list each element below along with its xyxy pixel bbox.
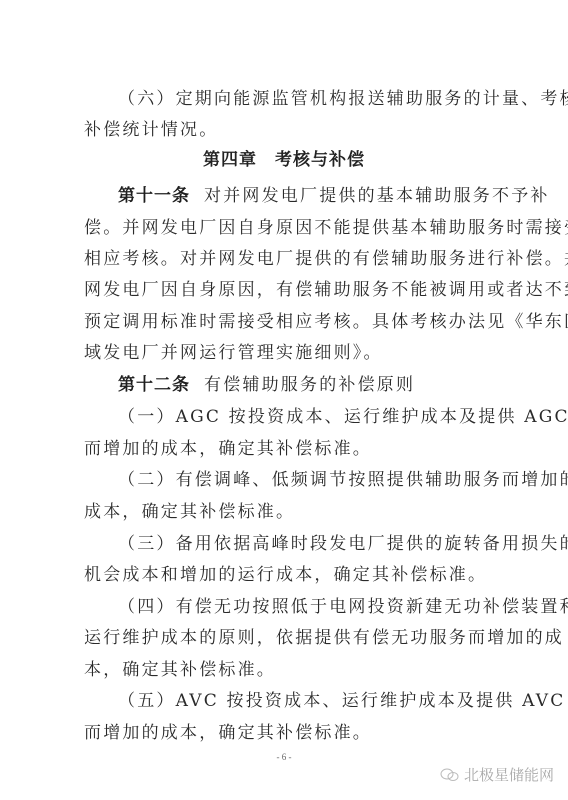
chapter-number: 第四章	[203, 150, 257, 170]
article-title: 有偿辅助服务的补偿原则	[204, 375, 415, 395]
article-label: 第十二条	[118, 375, 190, 395]
document-page: （六）定期向能源监管机构报送辅助服务的计量、考核、补偿统计情况。第四章 考核与补…	[0, 0, 568, 800]
list-item-line: 机会成本和增加的运行成本，确定其补偿标准。	[84, 564, 486, 586]
watermark: 北极星储能网	[440, 764, 554, 785]
list-item-line: （三）备用依据高峰时段发电厂提供的旋转备用损失的	[118, 533, 486, 555]
chapter-heading: 第四章 考核与补偿	[0, 145, 568, 170]
article-11-line: 网发电厂因自身原因，有偿辅助服务不能被调用或者达不到	[84, 279, 486, 301]
paragraph-line: （六）定期向能源监管机构报送辅助服务的计量、考核、	[118, 88, 486, 110]
article-11-line: 域发电厂并网运行管理实施细则》。	[84, 342, 486, 364]
list-item-line: 而增加的成本，确定其补偿标准。	[84, 438, 486, 460]
chapter-title: 考核与补偿	[275, 150, 365, 170]
list-item-line: （二）有偿调峰、低频调节按照提供辅助服务而增加的	[118, 469, 486, 491]
list-item-line: （一）AGC 按投资成本、运行维护成本及提供 AGC 服务	[118, 406, 486, 428]
article-11-line: 相应考核。对并网发电厂提供的有偿辅助服务进行补偿。并	[84, 248, 486, 270]
article-12-heading: 第十二条有偿辅助服务的补偿原则	[118, 374, 486, 396]
article-11-line: 第十一条对并网发电厂提供的基本辅助服务不予补	[118, 185, 486, 207]
list-item-line: （四）有偿无功按照低于电网投资新建无功补偿装置和	[118, 596, 486, 618]
watermark-text: 北极星储能网	[464, 764, 554, 785]
list-item-line: 成本，确定其补偿标准。	[84, 501, 486, 523]
list-item-line: （五）AVC 按投资成本、运行维护成本及提供 AVC 服务	[118, 690, 486, 712]
list-item-line: 而增加的成本，确定其补偿标准。	[84, 722, 486, 744]
article-text: 对并网发电厂提供的基本辅助服务不予补	[204, 186, 550, 206]
article-11-line: 偿。并网发电厂因自身原因不能提供基本辅助服务时需接受	[84, 217, 486, 239]
wechat-icon	[440, 768, 460, 782]
paragraph-line: 补偿统计情况。	[84, 119, 486, 141]
article-label: 第十一条	[118, 186, 190, 206]
list-item-line: 本，确定其补偿标准。	[84, 659, 486, 681]
page-number: - 6 -	[0, 752, 568, 762]
article-11-line: 预定调用标准时需接受相应考核。具体考核办法见《华东区	[84, 311, 486, 333]
list-item-line: 运行维护成本的原则，依据提供有偿无功服务而增加的成	[84, 627, 486, 649]
